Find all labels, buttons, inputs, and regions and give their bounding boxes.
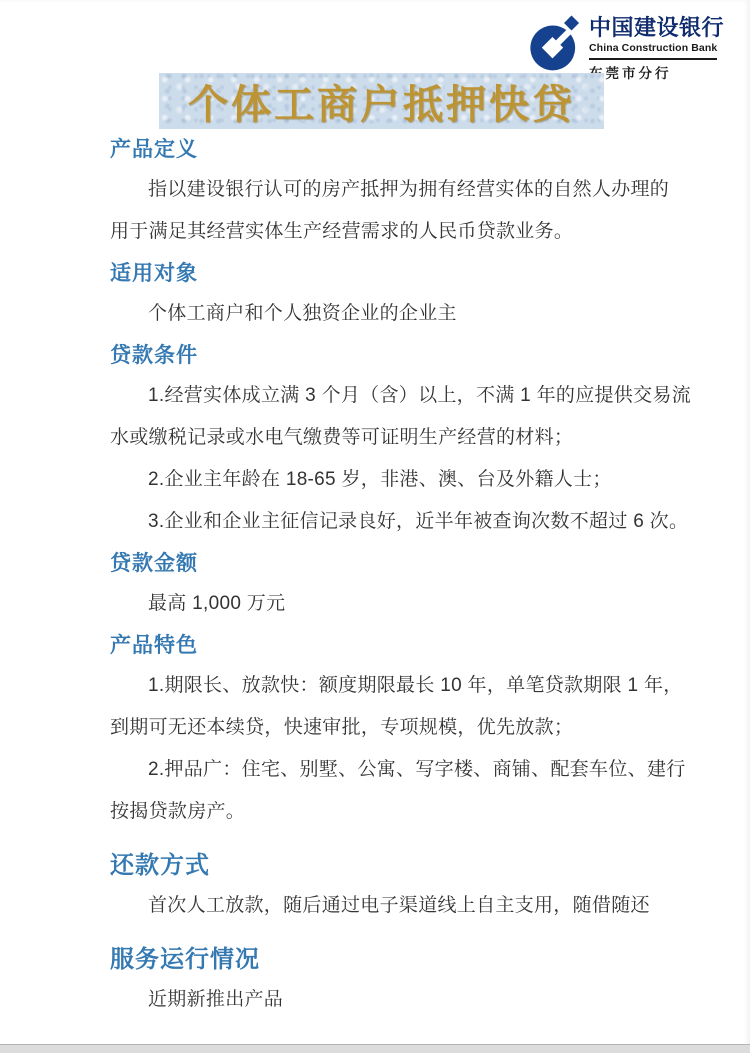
section-loan-amount: 贷款金额 最高 1,000 万元 [110,551,665,625]
section-heading: 还款方式 [110,853,665,879]
body-line: 2.企业主年龄在 18-65 岁，非港、澳、台及外籍人士； [110,459,665,501]
body-line: 1.期限长、放款快：额度期限最长 10 年，单笔贷款期限 1 年， [110,665,665,707]
bottom-edge-bar [0,1044,750,1053]
section-target-customers: 适用对象 个体工商户和个人独资企业的企业主 [110,261,665,335]
body-line: 最高 1,000 万元 [110,583,665,625]
body-line: 近期新推出产品 [110,979,665,1021]
title-banner: 个体工商户抵押快贷 [159,73,604,129]
section-repayment-method: 还款方式 首次人工放款，随后通过电子渠道线上自主支用，随借随还 [110,853,665,927]
section-heading: 适用对象 [110,261,665,287]
body-line: 个体工商户和个人独资企业的企业主 [110,293,665,335]
section-heading: 产品特色 [110,633,665,659]
body-line: 按揭贷款房产。 [110,791,665,833]
body-line: 用于满足其经营实体生产经营需求的人民币贷款业务。 [110,211,665,253]
branch-name: 东莞市分行 [589,62,717,82]
body-line: 3.企业和企业主征信记录良好，近半年被查询次数不超过 6 次。 [110,501,665,543]
body-line: 首次人工放款，随后通过电子渠道线上自主支用，随借随还 [110,885,665,927]
section-heading: 服务运行情况 [110,947,665,973]
section-product-features: 产品特色 1.期限长、放款快：额度期限最长 10 年，单笔贷款期限 1 年， 到… [110,633,665,833]
page-title: 个体工商户抵押快贷 [188,73,575,130]
section-loan-conditions: 贷款条件 1.经营实体成立满 3 个月（含）以上，不满 1 年的应提供交易流 水… [110,343,665,543]
section-product-definition: 产品定义 指以建设银行认可的房产抵押为拥有经营实体的自然人办理的 用于满足其经营… [110,137,665,253]
logo-divider [589,58,717,60]
body-line: 2.押品广：住宅、别墅、公寓、写字楼、商铺、配套车位、建行 [110,749,665,791]
page: 中国建设银行 China Construction Bank 东莞市分行 个体工… [0,0,750,1053]
bank-name-cn: 中国建设银行 [589,15,717,41]
content: 产品定义 指以建设银行认可的房产抵押为拥有经营实体的自然人办理的 用于满足其经营… [0,129,750,1021]
section-service-status: 服务运行情况 近期新推出产品 [110,947,665,1021]
body-line: 1.经营实体成立满 3 个月（含）以上，不满 1 年的应提供交易流 [110,375,665,417]
body-line: 指以建设银行认可的房产抵押为拥有经营实体的自然人办理的 [110,169,665,211]
body-line: 到期可无还本续贷，快速审批，专项规模，优先放款； [110,707,665,749]
section-heading: 贷款金额 [110,551,665,577]
bank-logo-text: 中国建设银行 China Construction Bank 东莞市分行 [589,15,717,82]
body-line: 水或缴税记录或水电气缴费等可证明生产经营的材料； [110,417,665,459]
section-heading: 贷款条件 [110,343,665,369]
ccb-logo-icon [527,15,583,73]
bank-name-en: China Construction Bank [589,42,717,55]
section-heading: 产品定义 [110,137,665,163]
